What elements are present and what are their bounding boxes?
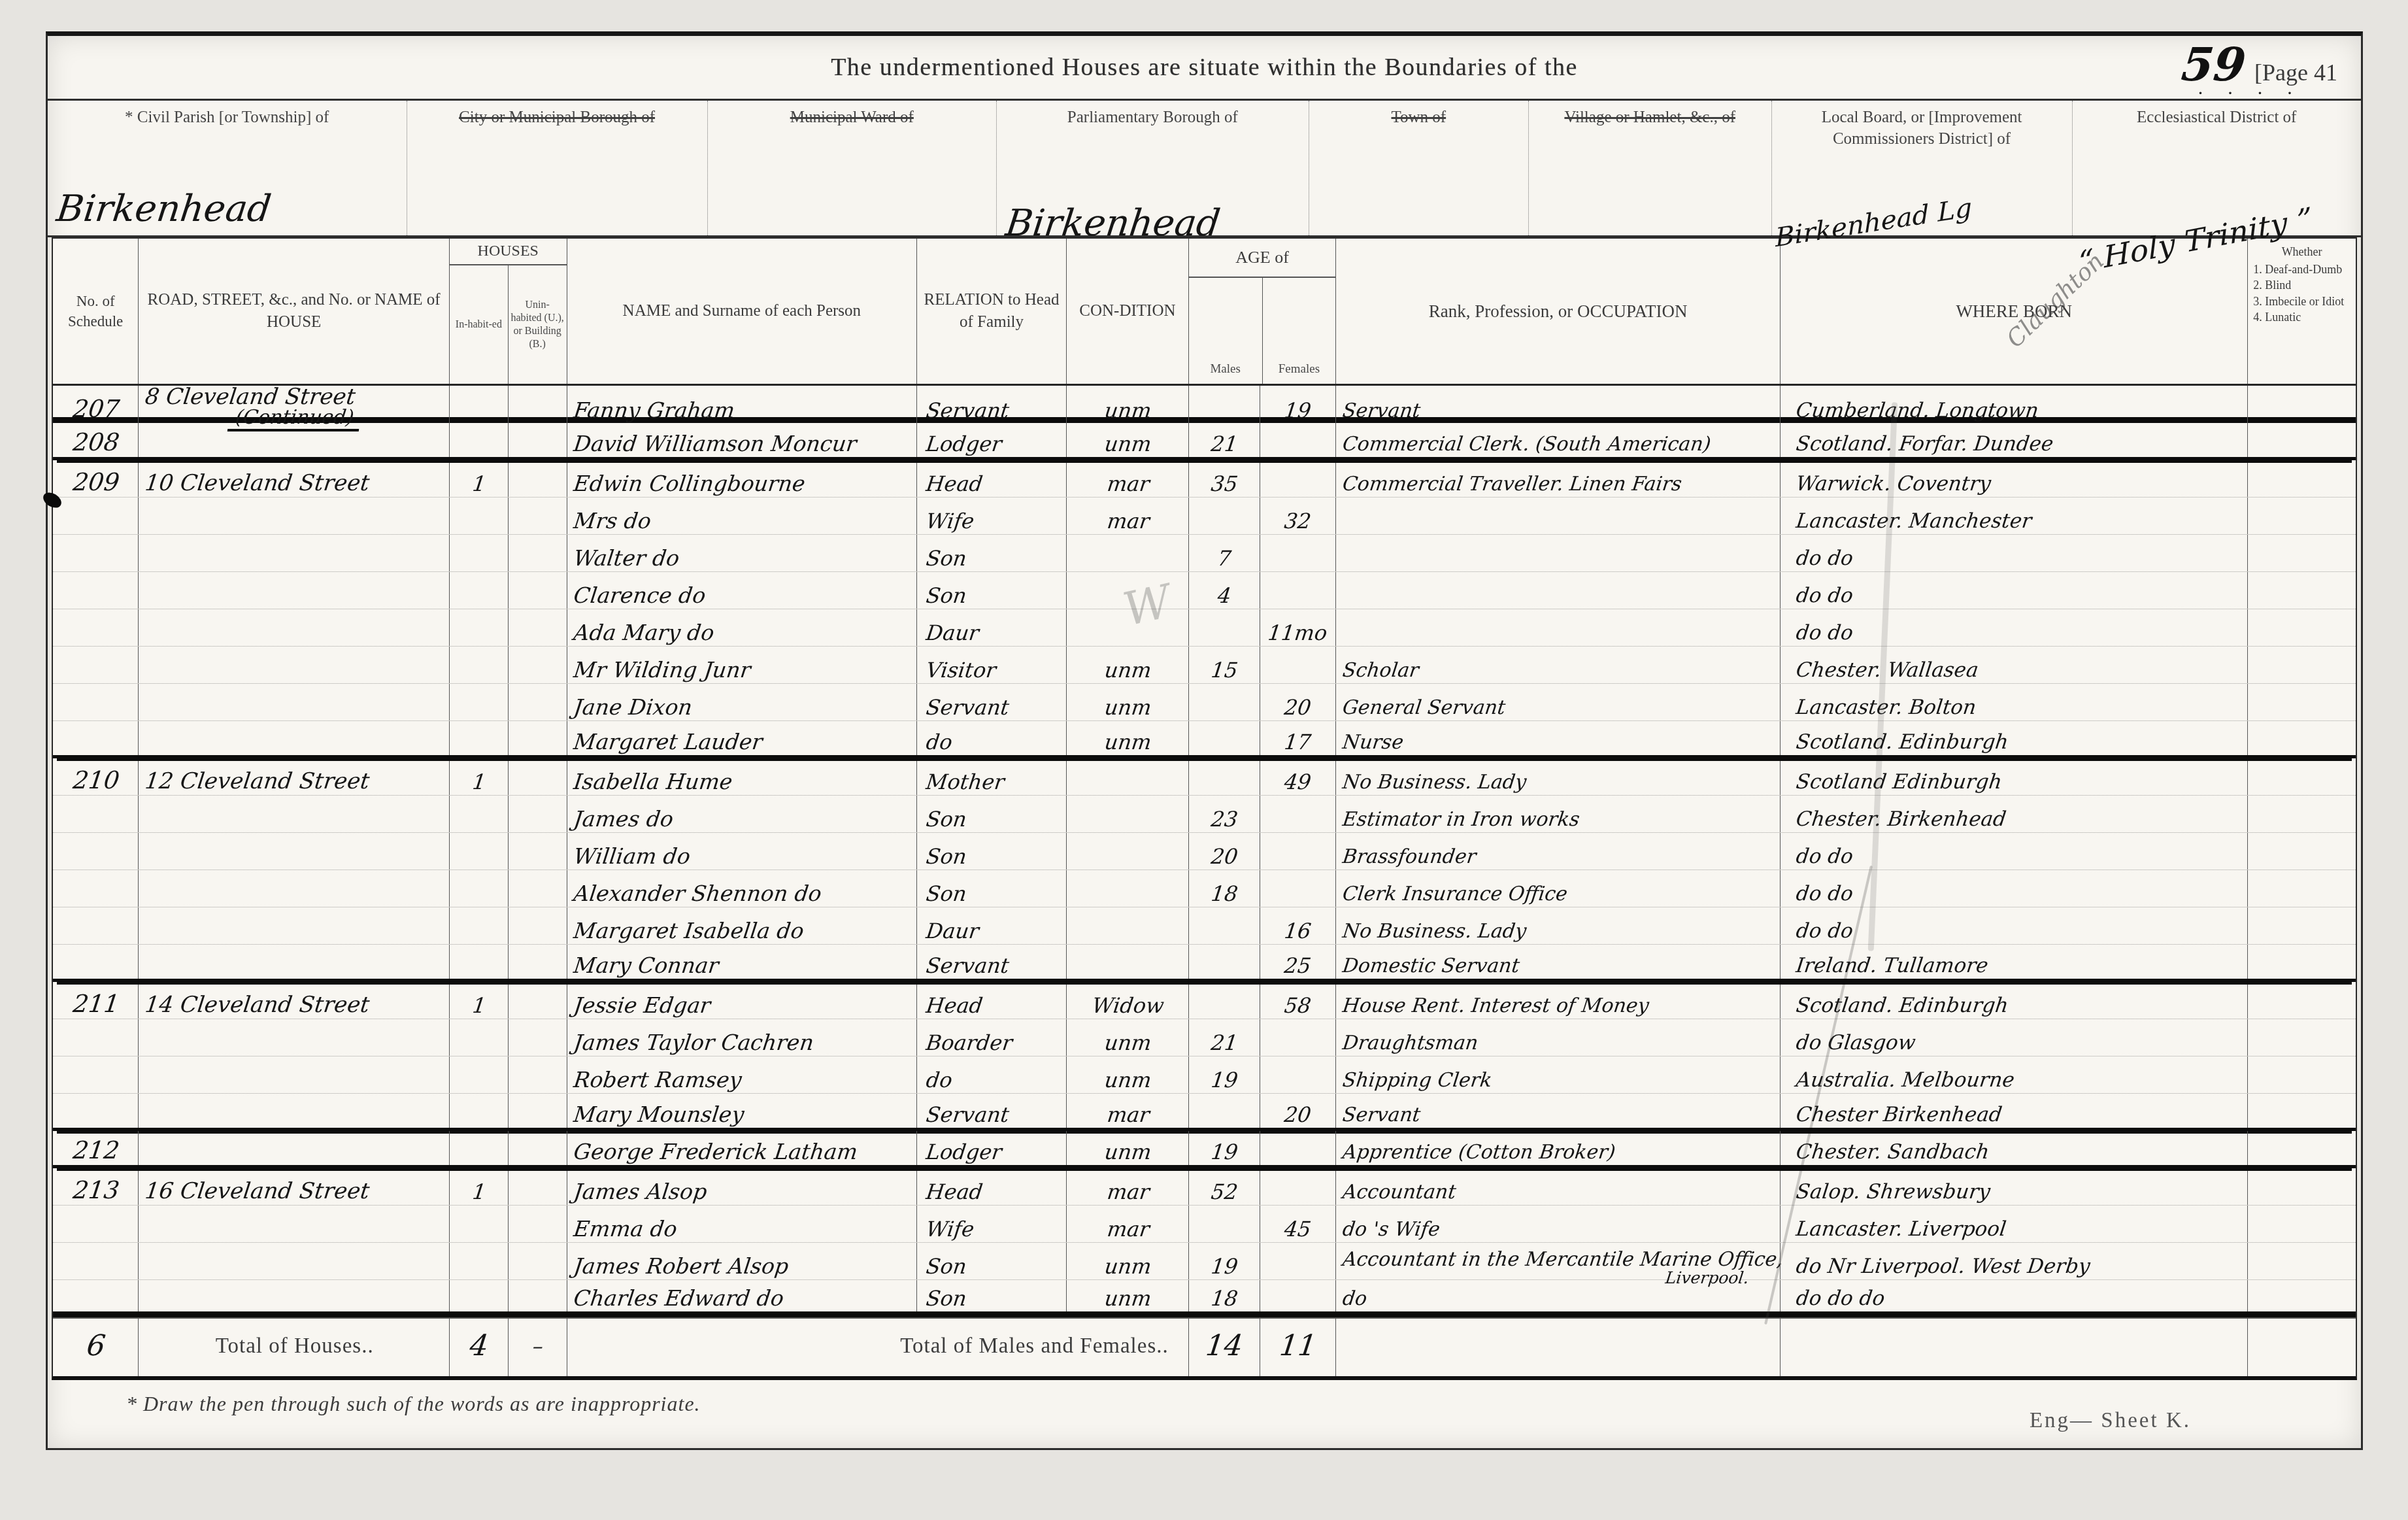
cell-occ: Commercial Traveller. Linen Fairs <box>1335 460 1780 497</box>
infirmity-title: Whether <box>2253 245 2350 259</box>
cell-rel-text: Son <box>925 809 968 830</box>
cell-road <box>138 1094 449 1128</box>
cell-occ: General Servant <box>1335 684 1780 720</box>
cell-sched: 208 <box>53 423 138 457</box>
cell-born: do do <box>1780 572 2247 609</box>
cell-name: David Williamson Moncur <box>567 423 916 457</box>
cell-m: 21 <box>1188 1019 1260 1056</box>
cell-sched <box>53 907 138 944</box>
cell-infirm <box>2247 1094 2356 1128</box>
table-row: William doSon20Brassfounderdo do <box>53 833 2356 870</box>
col-header-age: AGE of Males Females <box>1188 239 1335 384</box>
col-header-houses: HOUSES In-habit-ed Unin-habited (U.), or… <box>449 239 567 384</box>
cell-m-text: 21 <box>1210 1032 1239 1053</box>
cell-occ <box>1335 498 1780 534</box>
cell-uninh <box>508 870 567 907</box>
cell-occ-text: do 's Wife <box>1341 1220 1441 1240</box>
cell-uninh <box>508 1019 567 1056</box>
cell-inh <box>449 1280 508 1311</box>
cell-m-text: 19 <box>1210 1141 1239 1162</box>
cell-born: Scotland. Edinburgh <box>1780 721 2247 755</box>
parliamentary-borough-label: Parliamentary Borough of <box>1006 107 1299 129</box>
cell-infirm <box>2247 572 2356 609</box>
cell-cond <box>1066 609 1188 646</box>
cell-rel-text: Daur <box>925 622 980 643</box>
cell-name: Mr Wilding Junr <box>567 647 916 683</box>
cell-cond-text: mar <box>1106 473 1151 494</box>
cell-name-text: Mrs do <box>573 510 652 532</box>
cell-road-text: 16 Cleveland Street <box>144 1180 371 1202</box>
sheet-reference: Eng— Sheet K. <box>2030 1409 2191 1433</box>
cell-born: Chester Birkenhead <box>1780 1094 2247 1128</box>
cell-rel: Son <box>916 1243 1066 1279</box>
cell-occ: No Business. Lady <box>1335 758 1780 795</box>
cell-rel-text: Head <box>925 995 984 1016</box>
header-field-local-board: Local Board, or [Improvement Commissione… <box>1771 101 2072 235</box>
table-row: Robert Ramseydounm19Shipping ClerkAustra… <box>53 1056 2356 1094</box>
cell-infirm <box>2247 945 2356 979</box>
cell-rel: Visitor <box>916 647 1066 683</box>
cell-m <box>1188 684 1260 720</box>
cell-inh <box>449 498 508 534</box>
header-field-parliamentary-borough: Parliamentary Borough of Birkenhead <box>996 101 1309 235</box>
col-header-males: Males <box>1189 278 1262 384</box>
cell-m-text: 52 <box>1210 1181 1239 1202</box>
cell-m <box>1188 945 1260 979</box>
cell-occ: Servant <box>1335 1094 1780 1128</box>
table-row: Walter doSon7do do <box>53 535 2356 572</box>
cell-rel-text: Son <box>925 585 968 606</box>
cell-born: Scotland. Edinburgh <box>1780 982 2247 1019</box>
cell-name-text: Margaret Lauder <box>573 731 763 752</box>
cell-infirm <box>2247 1131 2356 1165</box>
age-subcolumns: Males Females <box>1189 278 1335 384</box>
cell-infirm <box>2247 1019 2356 1056</box>
cell-name: James Taylor Cachren <box>567 1019 916 1056</box>
cell-empty <box>2247 1319 2356 1376</box>
col-header-name: NAME and Surname of each Person <box>567 239 916 384</box>
cell-m <box>1188 1094 1260 1128</box>
cell-name-text: Emma do <box>573 1218 678 1240</box>
cell-sched <box>53 721 138 755</box>
cell-name: James do <box>567 796 916 832</box>
table-body: 2078 Cleveland Street(Continued)Fanny Gr… <box>53 386 2356 1317</box>
cell-born-text: do do <box>1795 884 1854 904</box>
cell-f-text: 17 <box>1283 732 1313 752</box>
cell-uninh <box>508 1094 567 1128</box>
table-row: Mr Wilding JunrVisitorunm15ScholarCheste… <box>53 647 2356 684</box>
table-row: Alexander Shennon doSon18Clerk Insurance… <box>53 870 2356 907</box>
census-table: No. of Schedule ROAD, STREET, &c., and N… <box>52 237 2357 1380</box>
cell-rel-text: do <box>925 1070 954 1090</box>
cell-inh <box>449 833 508 870</box>
infirmity-item-3: 3. Imbecile or Idiot <box>2253 294 2344 309</box>
cell-m: 4 <box>1188 572 1260 609</box>
cell-m: 19 <box>1188 1243 1260 1279</box>
cell-name: Margaret Isabella do <box>567 907 916 944</box>
cell-road <box>138 1243 449 1279</box>
cell-cond: unm <box>1066 1019 1188 1056</box>
cell-inh <box>449 1206 508 1242</box>
cell-cond: unm <box>1066 1280 1188 1311</box>
table-row: Clarence doSon4do do <box>53 572 2356 609</box>
cell-occ-text: Commercial Traveller. Linen Fairs <box>1341 475 1683 494</box>
cell-inh <box>449 796 508 832</box>
cell-road-text: 8 Cleveland Street <box>144 386 357 408</box>
cell-name: Jessie Edgar <box>567 982 916 1019</box>
cell-occ: No Business. Lady <box>1335 907 1780 944</box>
cell-sched <box>53 945 138 979</box>
cell-born: Australia. Melbourne <box>1780 1056 2247 1093</box>
cell-name-text: James Alsop <box>573 1181 709 1202</box>
cell-born: Scotland Edinburgh <box>1780 758 2247 795</box>
cell-uninh <box>508 833 567 870</box>
cell-born-text: Scotland Edinburgh <box>1795 772 2003 792</box>
cell-cond <box>1066 833 1188 870</box>
col-header-relation: RELATION to Head of Family <box>916 239 1066 384</box>
cell-m <box>1188 982 1260 1019</box>
cell-inh <box>449 1094 508 1128</box>
cell-m: 19 <box>1188 1056 1260 1093</box>
cell-uninh <box>508 907 567 944</box>
cell-inh-text: 1 <box>471 771 487 792</box>
cell-occ-text: Draughtsman <box>1341 1034 1479 1053</box>
cell-cond-text: mar <box>1106 511 1151 532</box>
cell-rel-text: Visitor <box>925 660 997 681</box>
cell-born-text: Scotland. Edinburgh <box>1795 732 2009 752</box>
cell-rel-text: Son <box>925 1256 968 1277</box>
table-header: No. of Schedule ROAD, STREET, &c., and N… <box>53 239 2356 386</box>
cell-road <box>138 721 449 755</box>
cell-born-text: do Nr Liverpool. West Derby <box>1795 1257 2091 1277</box>
cell-born: do Glasgow <box>1780 1019 2247 1056</box>
cell-rel: Mother <box>916 758 1066 795</box>
cell-born: Chester. Sandbach <box>1780 1131 2247 1165</box>
cell-f-text: 45 <box>1283 1219 1313 1240</box>
cell-f <box>1260 796 1335 832</box>
cell-rel: Son <box>916 796 1066 832</box>
cell-inh <box>449 907 508 944</box>
cell-cond: unm <box>1066 423 1188 457</box>
cell-m-text: 20 <box>1210 846 1239 867</box>
col-header-condition: CON-DITION <box>1066 239 1188 384</box>
cell-cond-text: unm <box>1103 732 1152 752</box>
cell-uninh <box>508 572 567 609</box>
cell-road: 8 Cleveland Street(Continued) <box>138 386 449 424</box>
cell-empty <box>1780 1319 2247 1376</box>
cell-born-text: do do <box>1795 549 1854 569</box>
cell-name: Mrs do <box>567 498 916 534</box>
cell-name-text: Jane Dixon <box>573 696 694 718</box>
cell-road-text: 12 Cleveland Street <box>144 770 371 792</box>
cell-uninh <box>508 945 567 979</box>
cell-rel-text: do <box>925 732 954 752</box>
cell-infirm <box>2247 423 2356 457</box>
cell-name: Jane Dixon <box>567 684 916 720</box>
cell-born: Cumberland. Longtown <box>1780 386 2247 424</box>
cell-cond: mar <box>1066 1206 1188 1242</box>
cell-born-text: Chester Birkenhead <box>1795 1105 2003 1125</box>
cell-inh: 1 <box>449 1168 508 1205</box>
cell-sched <box>53 498 138 534</box>
col-header-females: Females <box>1262 278 1336 384</box>
cell-inh <box>449 870 508 907</box>
table-row: James Robert AlsopSonunm19Accountant in … <box>53 1243 2356 1280</box>
cell-inh <box>449 1243 508 1279</box>
cell-f: 32 <box>1260 498 1335 534</box>
footer: * Draw the pen through such of the words… <box>48 1380 2361 1439</box>
cell-road <box>138 833 449 870</box>
cell-infirm <box>2247 1280 2356 1311</box>
cell-m: 18 <box>1188 870 1260 907</box>
cell-born-text: Lancaster. Manchester <box>1795 511 2033 532</box>
cell-uninh <box>508 1168 567 1205</box>
cell-born-text: Scotland. Edinburgh <box>1795 996 2009 1016</box>
cell-born-text: do do <box>1795 847 1854 867</box>
cell-males-total: 14 <box>1188 1319 1260 1376</box>
cell-f <box>1260 870 1335 907</box>
cell-name: Robert Ramsey <box>567 1056 916 1093</box>
cell-rel: Boarder <box>916 1019 1066 1056</box>
cell-road <box>138 609 449 646</box>
cell-m: 15 <box>1188 647 1260 683</box>
cell-occ: do 's Wife <box>1335 1206 1780 1242</box>
cell-cond-text: unm <box>1103 660 1152 681</box>
cell-sched-text: 207 <box>72 397 121 421</box>
cell-cond: unm <box>1066 721 1188 755</box>
cell-infirm <box>2247 833 2356 870</box>
infirmity-item-1: 1. Deaf-and-Dumb <box>2253 262 2342 277</box>
cell-born-text: do do do <box>1795 1289 1886 1309</box>
cell-m <box>1188 609 1260 646</box>
totals-row: 6 Total of Houses.. 4 – Total of Males a… <box>53 1317 2356 1376</box>
cell-f-text: 20 <box>1283 697 1313 718</box>
cell-cond <box>1066 907 1188 944</box>
cell-sched <box>53 833 138 870</box>
cell-name-text: Mr Wilding Junr <box>573 659 752 681</box>
cell-rel: Servant <box>916 1094 1066 1128</box>
table-row: Mrs doWifemar32Lancaster. Manchester <box>53 498 2356 535</box>
village-label: Village or Hamlet, &c., of <box>1538 107 1762 129</box>
cell-occ: House Rent. Interest of Money <box>1335 982 1780 1019</box>
header-fields: * Civil Parish [or Township] of Birkenhe… <box>48 99 2361 237</box>
header-field-municipal-ward: Municipal Ward of <box>707 101 996 235</box>
cell-m-text: 4 <box>1216 585 1232 606</box>
cell-road <box>138 1206 449 1242</box>
cell-sched-text: 212 <box>72 1138 121 1162</box>
cell-occupation-line2: Liverpool. <box>1664 1270 1750 1286</box>
cell-occ-text: Accountant in the Mercantile Marine Offi… <box>1341 1250 1784 1270</box>
cell-m: 20 <box>1188 833 1260 870</box>
cell-born: do do <box>1780 907 2247 944</box>
cell-rel-text: Son <box>925 883 968 904</box>
cell-cond: unm <box>1066 647 1188 683</box>
cell-occ-text: House Rent. Interest of Money <box>1341 996 1650 1016</box>
cell-cond: mar <box>1066 460 1188 497</box>
cell-road <box>138 796 449 832</box>
cell-road-text: 10 Cleveland Street <box>144 472 371 494</box>
cell-name-text: Edwin Collingbourne <box>573 473 807 494</box>
cell-rel-text: Lodger <box>925 1141 1003 1162</box>
cell-occ: Shipping Clerk <box>1335 1056 1780 1093</box>
cell-name: Walter do <box>567 535 916 571</box>
table-row: 20910 Cleveland Street1Edwin Collingbour… <box>53 460 2356 498</box>
cell-born-text: Lancaster. Liverpool <box>1795 1219 2007 1240</box>
cell-road: 14 Cleveland Street <box>138 982 449 1019</box>
cell-sched: 212 <box>53 1131 138 1165</box>
cell-m-text: 7 <box>1216 548 1232 569</box>
cell-uninh <box>508 721 567 755</box>
municipal-borough-label: City or Municipal Borough of <box>416 107 698 129</box>
cell-f <box>1260 1280 1335 1311</box>
cell-road <box>138 535 449 571</box>
cell-born: Salop. Shrewsbury <box>1780 1168 2247 1205</box>
col-header-infirmity: Whether 1. Deaf-and-Dumb 2. Blind 3. Imb… <box>2247 239 2356 384</box>
cell-inh-text: 1 <box>471 473 487 494</box>
cell-uninh <box>508 1131 567 1165</box>
header-field-municipal-borough: City or Municipal Borough of <box>407 101 707 235</box>
cell-rel-text: Boarder <box>925 1032 1014 1053</box>
cell-sched <box>53 1206 138 1242</box>
cell-sched <box>53 684 138 720</box>
total-of-males-females-label: Total of Males and Females.. <box>567 1319 1188 1376</box>
cell-cond <box>1066 758 1188 795</box>
cell-inh: 1 <box>449 460 508 497</box>
cell-occ-text: Commercial Clerk. (South American) <box>1341 435 1712 454</box>
cell-f <box>1260 1131 1335 1165</box>
cell-rel: Head <box>916 1168 1066 1205</box>
col-header-schedule: No. of Schedule <box>53 239 138 384</box>
cell-sched <box>53 609 138 646</box>
cell-name: Isabella Hume <box>567 758 916 795</box>
cell-sched: 210 <box>53 758 138 795</box>
page-number: 59 [Page 41 · · · · <box>2182 37 2337 105</box>
cell-rel: Son <box>916 535 1066 571</box>
cell-sched: 211 <box>53 982 138 1019</box>
cell-occ: Estimator in Iron works <box>1335 796 1780 832</box>
town-label: Town of <box>1318 107 1519 129</box>
header-field-ecclesiastical-district: Ecclesiastical District of “ Holy Trinit… <box>2072 101 2361 235</box>
cell-m: 35 <box>1188 460 1260 497</box>
cell-infirm <box>2247 796 2356 832</box>
cell-born-text: do do <box>1795 586 1854 606</box>
cell-infirm <box>2247 721 2356 755</box>
cell-name: Fanny Graham <box>567 386 916 424</box>
cell-cond-text: unm <box>1103 400 1152 421</box>
age-group-label: AGE of <box>1189 239 1335 278</box>
cell-m-text: 19 <box>1210 1070 1239 1090</box>
cell-schedule-total: 6 <box>53 1319 138 1376</box>
cell-uninh <box>508 796 567 832</box>
cell-occ: Domestic Servant <box>1335 945 1780 979</box>
header-field-civil-parish: * Civil Parish [or Township] of Birkenhe… <box>48 101 407 235</box>
cell-born-text: Scotland. Forfar. Dundee <box>1795 434 2054 454</box>
cell-road <box>138 1280 449 1311</box>
cell-infirm <box>2247 1168 2356 1205</box>
cell-occ-text: Nurse <box>1341 733 1405 752</box>
table-row: 21012 Cleveland Street1Isabella HumeMoth… <box>53 758 2356 796</box>
cell-sched <box>53 647 138 683</box>
cell-born-text: do Glasgow <box>1795 1033 1916 1053</box>
cell-infirm <box>2247 609 2356 646</box>
cell-occ-text: Shipping Clerk <box>1341 1071 1493 1090</box>
cell-rel-text: Head <box>925 473 984 494</box>
cell-occ <box>1335 535 1780 571</box>
cell-infirm <box>2247 1243 2356 1279</box>
cell-f: 16 <box>1260 907 1335 944</box>
cell-cond: unm <box>1066 1131 1188 1165</box>
table-row: 21114 Cleveland Street1Jessie EdgarHeadW… <box>53 982 2356 1019</box>
cell-uninh <box>508 758 567 795</box>
cell-sched-text: 213 <box>72 1178 121 1202</box>
cell-sched <box>53 1280 138 1311</box>
cell-name: Clarence do <box>567 572 916 609</box>
census-sheet: The undermentioned Houses are situate wi… <box>46 31 2363 1450</box>
table-row: Margaret Lauderdounm17NurseScotland. Edi… <box>53 721 2356 758</box>
cell-sched <box>53 535 138 571</box>
cell-infirm <box>2247 907 2356 944</box>
cell-uninh <box>508 460 567 497</box>
cell-f <box>1260 1243 1335 1279</box>
cell-infirm <box>2247 386 2356 424</box>
cell-born: do do <box>1780 870 2247 907</box>
cell-name-text: Charles Edward do <box>573 1287 785 1309</box>
col-header-road: ROAD, STREET, &c., and No. or NAME of HO… <box>138 239 449 384</box>
cell-name-text: David Williamson Moncur <box>573 433 858 454</box>
cell-name-text: Mary Connar <box>573 954 720 976</box>
cell-rel: Head <box>916 460 1066 497</box>
cell-occ: Clerk Insurance Office <box>1335 870 1780 907</box>
cell-uninh <box>508 684 567 720</box>
col-header-inhabited: In-habit-ed <box>450 265 508 384</box>
cell-f: 49 <box>1260 758 1335 795</box>
cell-born-text: do do <box>1795 623 1854 643</box>
cell-f: 19 <box>1260 386 1335 424</box>
cell-rel-text: Servant <box>925 955 1011 976</box>
cell-road <box>138 1019 449 1056</box>
cell-sched-text: 210 <box>72 768 121 792</box>
cell-rel-text: Head <box>925 1181 984 1202</box>
cell-f: 25 <box>1260 945 1335 979</box>
cell-sched <box>53 1094 138 1128</box>
cell-rel-text: Son <box>925 846 968 867</box>
cell-f <box>1260 1056 1335 1093</box>
cell-name-text: Isabella Hume <box>573 771 733 792</box>
cell-infirm <box>2247 982 2356 1019</box>
cell-cond <box>1066 945 1188 979</box>
cell-uninh <box>508 386 567 424</box>
cell-born: Lancaster. Manchester <box>1780 498 2247 534</box>
cell-occ: Nurse <box>1335 721 1780 755</box>
cell-rel: Son <box>916 572 1066 609</box>
cell-born: do do do <box>1780 1280 2247 1311</box>
cell-rel: do <box>916 1056 1066 1093</box>
cell-born: Chester. Wallasea <box>1780 647 2247 683</box>
cell-f: 17 <box>1260 721 1335 755</box>
total-of-houses-label: Total of Houses.. <box>138 1319 449 1376</box>
cell-cond: unm <box>1066 386 1188 424</box>
cell-inh <box>449 647 508 683</box>
cell-name-text: James Taylor Cachren <box>573 1032 815 1053</box>
cell-born: do do <box>1780 535 2247 571</box>
cell-inh: 1 <box>449 758 508 795</box>
cell-born-text: Salop. Shrewsbury <box>1795 1182 1992 1202</box>
cell-name: Margaret Lauder <box>567 721 916 755</box>
cell-road <box>138 907 449 944</box>
cell-born: Chester. Birkenhead <box>1780 796 2247 832</box>
cell-uninh <box>508 1243 567 1279</box>
cell-name-text: James Robert Alsop <box>573 1255 790 1277</box>
